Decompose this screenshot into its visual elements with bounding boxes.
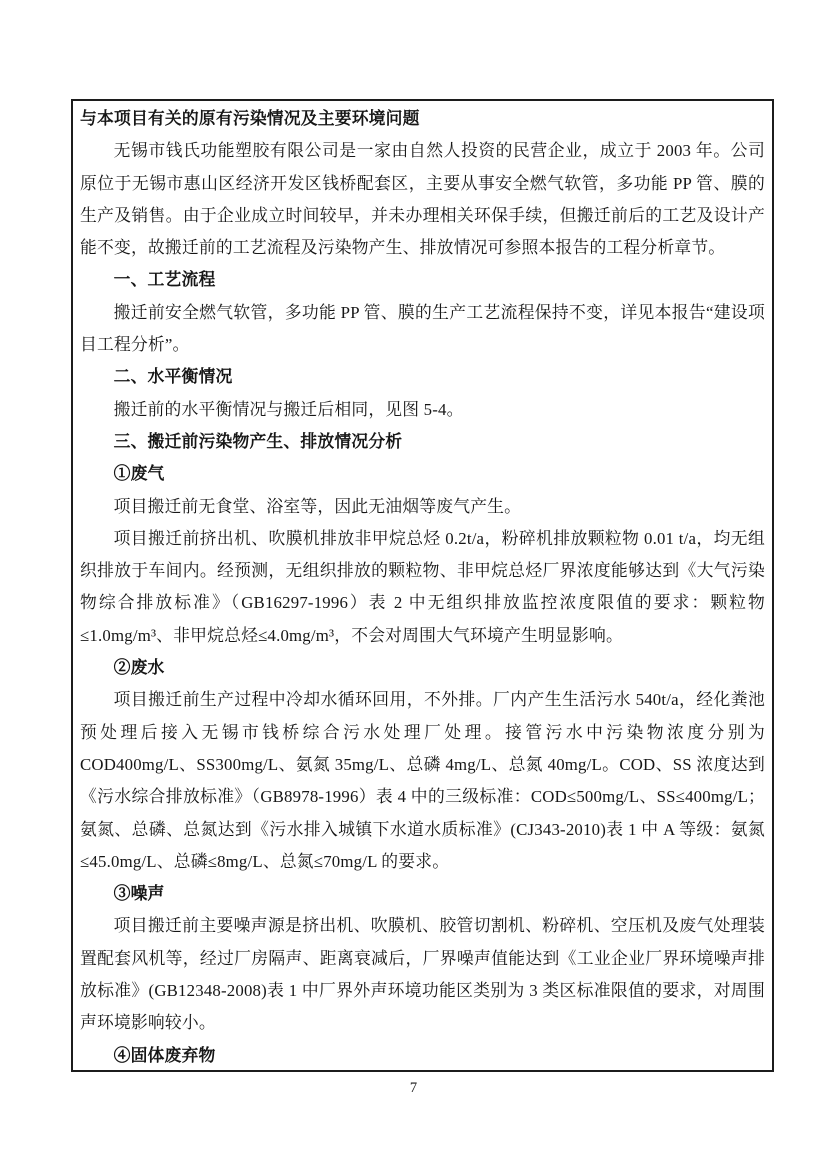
paragraph-waste-water: 项目搬迁前生产过程中冷却水循环回用，不外排。厂内产生生活污水 540t/a，经化…: [80, 684, 765, 878]
heading-waste-water: ②废水: [80, 652, 765, 684]
paragraph-waste-gas-canteen: 项目搬迁前无食堂、浴室等，因此无油烟等废气产生。: [80, 491, 765, 523]
heading-process-flow: 一、工艺流程: [80, 264, 765, 296]
paragraph-water-balance: 搬迁前的水平衡情况与搬迁后相同，见图 5-4。: [80, 394, 765, 426]
paragraph-waste-gas-emissions: 项目搬迁前挤出机、吹膜机排放非甲烷总烃 0.2t/a，粉碎机排放颗粒物 0.01…: [80, 523, 765, 652]
content-frame: 与本项目有关的原有污染情况及主要环境问题 无锡市钱氏功能塑胶有限公司是一家由自然…: [71, 99, 774, 1072]
heading-waste-gas: ①废气: [80, 458, 765, 490]
paragraph-process-flow: 搬迁前安全燃气软管，多功能 PP 管、膜的生产工艺流程保持不变，详见本报告“建设…: [80, 297, 765, 362]
paragraph-company-intro: 无锡市钱氏功能塑胶有限公司是一家由自然人投资的民营企业，成立于 2003 年。公…: [80, 135, 765, 264]
page-number: 7: [0, 1078, 827, 1098]
heading-pre-relocation-pollutants: 三、搬迁前污染物产生、排放情况分析: [80, 426, 765, 458]
section-title: 与本项目有关的原有污染情况及主要环境问题: [80, 103, 765, 135]
paragraph-noise: 项目搬迁前主要噪声源是挤出机、吹膜机、胶管切割机、粉碎机、空压机及废气处理装置配…: [80, 910, 765, 1039]
heading-noise: ③噪声: [80, 878, 765, 910]
document-page: 与本项目有关的原有污染情况及主要环境问题 无锡市钱氏功能塑胶有限公司是一家由自然…: [0, 0, 827, 1169]
heading-water-balance: 二、水平衡情况: [80, 361, 765, 393]
heading-solid-waste: ④固体废弃物: [80, 1040, 765, 1072]
